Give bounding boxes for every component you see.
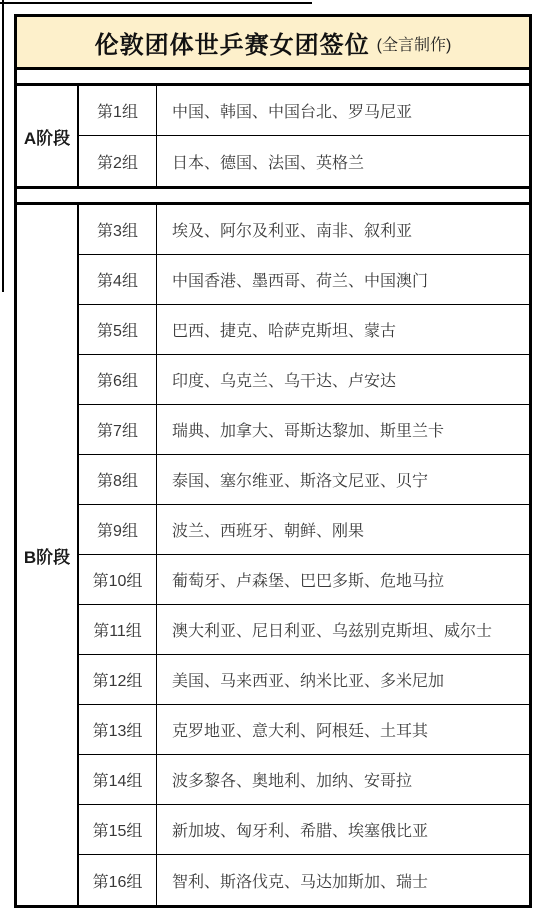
spacer-row <box>17 189 529 205</box>
group-teams: 埃及、阿尔及利亚、南非、叙利亚 <box>157 205 529 254</box>
table-title-row: 伦敦团体世乒赛女团签位 (全言制作) <box>17 17 529 70</box>
group-row: 第10组葡萄牙、卢森堡、巴巴多斯、危地马拉 <box>79 555 529 605</box>
group-teams: 波多黎各、奥地利、加纳、安哥拉 <box>157 755 529 804</box>
group-row: 第6组印度、乌克兰、乌干达、卢安达 <box>79 355 529 405</box>
group-label: 第8组 <box>79 455 157 504</box>
group-row: 第8组泰国、塞尔维亚、斯洛文尼亚、贝宁 <box>79 455 529 505</box>
group-label: 第15组 <box>79 805 157 854</box>
group-label: 第7组 <box>79 405 157 454</box>
group-row: 第4组中国香港、墨西哥、荷兰、中国澳门 <box>79 255 529 305</box>
group-row: 第3组埃及、阿尔及利亚、南非、叙利亚 <box>79 205 529 255</box>
group-label: 第11组 <box>79 605 157 654</box>
group-label: 第14组 <box>79 755 157 804</box>
stage-rows: 第3组埃及、阿尔及利亚、南非、叙利亚第4组中国香港、墨西哥、荷兰、中国澳门第5组… <box>79 205 529 905</box>
group-label: 第6组 <box>79 355 157 404</box>
group-label: 第5组 <box>79 305 157 354</box>
stage-section-2: B阶段第3组埃及、阿尔及利亚、南非、叙利亚第4组中国香港、墨西哥、荷兰、中国澳门… <box>17 205 529 905</box>
spacer-row <box>17 70 529 86</box>
group-teams: 澳大利亚、尼日利亚、乌兹别克斯坦、威尔士 <box>157 605 529 654</box>
group-teams: 波兰、西班牙、朝鲜、刚果 <box>157 505 529 554</box>
group-teams: 克罗地亚、意大利、阿根廷、土耳其 <box>157 705 529 754</box>
group-row: 第15组新加坡、匈牙利、希腊、埃塞俄比亚 <box>79 805 529 855</box>
group-teams: 印度、乌克兰、乌干达、卢安达 <box>157 355 529 404</box>
title-credit: (全言制作) <box>377 29 452 55</box>
group-label: 第2组 <box>79 136 157 186</box>
group-row: 第7组瑞典、加拿大、哥斯达黎加、斯里兰卡 <box>79 405 529 455</box>
group-row: 第2组日本、德国、法国、英格兰 <box>79 136 529 186</box>
group-label: 第10组 <box>79 555 157 604</box>
group-row: 第9组波兰、西班牙、朝鲜、刚果 <box>79 505 529 555</box>
stage-section-1: A阶段第1组中国、韩国、中国台北、罗马尼亚第2组日本、德国、法国、英格兰 <box>17 86 529 189</box>
group-teams: 美国、马来西亚、纳米比亚、多米尼加 <box>157 655 529 704</box>
sections-host: A阶段第1组中国、韩国、中国台北、罗马尼亚第2组日本、德国、法国、英格兰B阶段第… <box>17 70 529 905</box>
page-title: 伦敦团体世乒赛女团签位 <box>95 25 370 60</box>
group-teams: 日本、德国、法国、英格兰 <box>157 136 529 186</box>
group-teams: 智利、斯洛伐克、马达加斯加、瑞士 <box>157 855 529 905</box>
group-label: 第1组 <box>79 86 157 135</box>
group-teams: 葡萄牙、卢森堡、巴巴多斯、危地马拉 <box>157 555 529 604</box>
group-teams: 中国香港、墨西哥、荷兰、中国澳门 <box>157 255 529 304</box>
group-row: 第5组巴西、捷克、哈萨克斯坦、蒙古 <box>79 305 529 355</box>
group-teams: 瑞典、加拿大、哥斯达黎加、斯里兰卡 <box>157 405 529 454</box>
group-label: 第12组 <box>79 655 157 704</box>
group-label: 第13组 <box>79 705 157 754</box>
group-label: 第16组 <box>79 855 157 905</box>
group-row: 第14组波多黎各、奥地利、加纳、安哥拉 <box>79 755 529 805</box>
group-row: 第12组美国、马来西亚、纳米比亚、多米尼加 <box>79 655 529 705</box>
gridline-fragment-left <box>2 0 4 292</box>
gridline-fragment-top <box>0 2 312 4</box>
group-label: 第4组 <box>79 255 157 304</box>
group-teams: 巴西、捷克、哈萨克斯坦、蒙古 <box>157 305 529 354</box>
group-label: 第3组 <box>79 205 157 254</box>
group-row: 第16组智利、斯洛伐克、马达加斯加、瑞士 <box>79 855 529 905</box>
group-teams: 中国、韩国、中国台北、罗马尼亚 <box>157 86 529 135</box>
group-row: 第1组中国、韩国、中国台北、罗马尼亚 <box>79 86 529 136</box>
group-teams: 泰国、塞尔维亚、斯洛文尼亚、贝宁 <box>157 455 529 504</box>
group-label: 第9组 <box>79 505 157 554</box>
group-row: 第13组克罗地亚、意大利、阿根廷、土耳其 <box>79 705 529 755</box>
stage-rows: 第1组中国、韩国、中国台北、罗马尼亚第2组日本、德国、法国、英格兰 <box>79 86 529 186</box>
stage-label: B阶段 <box>17 205 79 905</box>
draw-table: 伦敦团体世乒赛女团签位 (全言制作) A阶段第1组中国、韩国、中国台北、罗马尼亚… <box>14 14 532 908</box>
group-row: 第11组澳大利亚、尼日利亚、乌兹别克斯坦、威尔士 <box>79 605 529 655</box>
stage-label: A阶段 <box>17 86 79 186</box>
group-teams: 新加坡、匈牙利、希腊、埃塞俄比亚 <box>157 805 529 854</box>
